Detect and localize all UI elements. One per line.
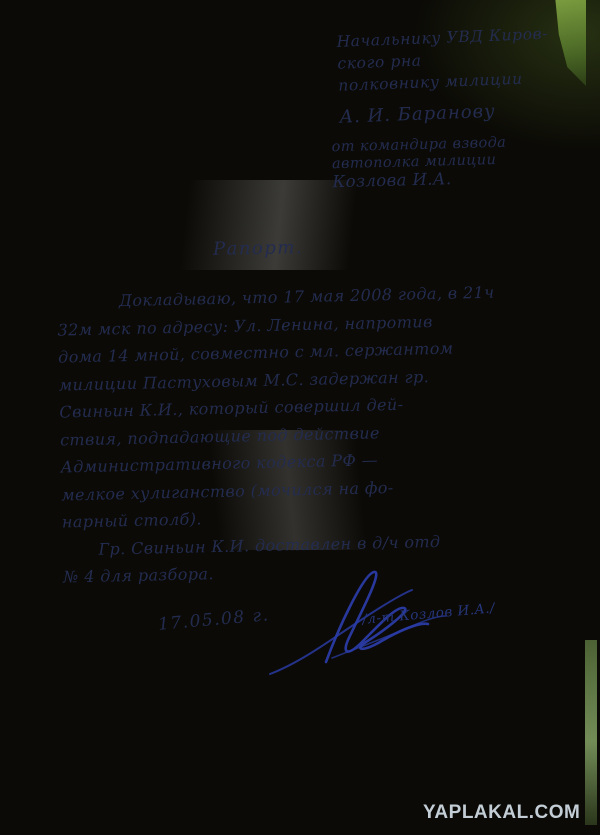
paper-sheet: Начальнику УВД Киров- ского рна полковни… (0, 0, 600, 835)
document-title: Рапорт. (213, 237, 303, 260)
photo-scene: Начальнику УВД Киров- ского рна полковни… (0, 0, 600, 835)
watermark-text: YAPLAKAL.COM (423, 802, 580, 824)
addressee-block: Начальнику УВД Киров- ского рна полковни… (336, 21, 590, 129)
signature-area: /л-т Козлов И.А./ (262, 566, 562, 676)
leaf-decoration-icon (585, 640, 597, 825)
body-text: Докладываю, что 17 мая 2008 года, в 21ч … (57, 277, 554, 591)
sender-block: от командира взвода автополка милиции Ко… (331, 133, 582, 191)
addressee-name: А. И. Баранову (339, 97, 590, 129)
document-date: 17.05.08 г. (157, 605, 270, 635)
